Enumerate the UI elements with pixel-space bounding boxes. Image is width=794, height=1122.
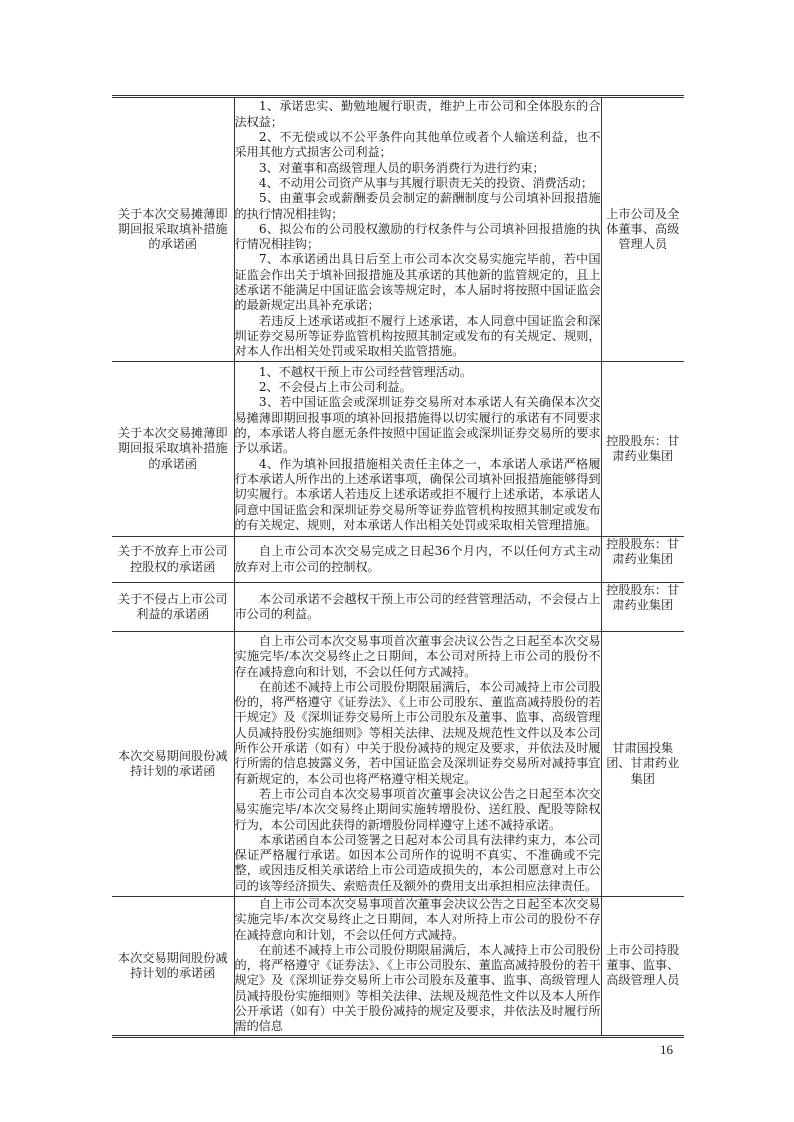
paragraph: 2、不无偿或以不公平条件向其他单位或者个人输送利益，也不采用其他方式损害公司利益… [235, 130, 601, 161]
commitment-party: 甘肃国投集团、甘肃药业集团 [601, 632, 684, 897]
paragraph: 3、若中国证监会或深圳证券交易所对本承诺人有关确保本次交易摊薄即期回报事项的填补… [235, 395, 601, 456]
table-row: 关于本次交易摊薄即期回报采取填补措施的承诺函 1、承诺忠实、勤勉地履行职责，维护… [112, 97, 684, 362]
paragraph: 若上市公司自本次交易事项首次董事会决议公告之日起至本次交易实施完毕/本次交易终止… [235, 787, 601, 833]
paragraph: 自上市公司本次交易事项首次董事会决议公告之日起至本次交易实施完毕/本次交易终止之… [235, 634, 601, 680]
paragraph: 4、作为填补回报措施相关责任主体之一，本承诺人承诺严格履行本承诺人所作出的上述承… [235, 457, 601, 533]
paragraph: 本公司承诺不会越权干预上市公司的经营管理活动，不会侵占上市公司的利益。 [235, 592, 601, 623]
commitment-party: 控股股东：甘肃药业集团 [601, 362, 684, 537]
commitment-party: 上市公司持股董事、监事、高级管理人员 [601, 897, 684, 1037]
commitment-table: 关于本次交易摊薄即期回报采取填补措施的承诺函 1、承诺忠实、勤勉地履行职责，维护… [112, 95, 684, 1038]
commitment-name: 本次交易期间股份减持计划的承诺函 [112, 897, 234, 1037]
paragraph: 本承诺函自本公司签署之日起对本公司具有法律约束力，本公司保证严格履行承诺。如因本… [235, 833, 601, 894]
paragraph: 7、本承诺函出具日后至上市公司本次交易实施完毕前，若中国证监会作出关于填补回报措… [235, 252, 601, 313]
commitment-name: 关于不放弃上市公司控股权的承诺函 [112, 537, 234, 583]
paragraph: 3、对董事和高级管理人员的职务消费行为进行约束； [235, 161, 601, 176]
commitment-content: 1、不越权干预上市公司经营管理活动。 2、不会侵占上市公司利益。 3、若中国证监… [234, 362, 601, 537]
commitment-party: 控股股东：甘肃药业集团 [601, 537, 684, 583]
commitment-content: 自上市公司本次交易完成之日起36个月内，不以任何方式主动放弃对上市公司的控制权。 [234, 537, 601, 583]
commitment-name: 本次交易期间股份减持计划的承诺函 [112, 632, 234, 897]
paragraph: 2、不会侵占上市公司利益。 [235, 380, 601, 395]
table-row: 关于本次交易摊薄即期回报采取填补措施的承诺函 1、不越权干预上市公司经营管理活动… [112, 362, 684, 537]
commitment-party: 控股股东：甘肃药业集团 [601, 583, 684, 632]
table-row: 关于不侵占上市公司利益的承诺函 本公司承诺不会越权干预上市公司的经营管理活动，不… [112, 583, 684, 632]
paragraph: 自上市公司本次交易完成之日起36个月内，不以任何方式主动放弃对上市公司的控制权。 [235, 544, 601, 575]
page-number: 16 [660, 1042, 673, 1058]
commitment-party: 上市公司及全体董事、高级管理人员 [601, 97, 684, 362]
paragraph: 自上市公司本次交易事项首次董事会决议公告之日起至本次交易实施完毕/本次交易终止之… [235, 897, 601, 943]
commitment-content: 本公司承诺不会越权干预上市公司的经营管理活动，不会侵占上市公司的利益。 [234, 583, 601, 632]
commitment-name: 关于不侵占上市公司利益的承诺函 [112, 583, 234, 632]
commitment-name: 关于本次交易摊薄即期回报采取填补措施的承诺函 [112, 362, 234, 537]
paragraph: 若违反上述承诺或拒不履行上述承诺，本人同意中国证监会和深圳证券交易所等证券监管机… [235, 314, 601, 360]
commitment-content: 1、承诺忠实、勤勉地履行职责，维护上市公司和全体股东的合法权益； 2、不无偿或以… [234, 97, 601, 362]
paragraph: 4、不动用公司资产从事与其履行职责无关的投资、消费活动； [235, 176, 601, 191]
paragraph: 在前述不减持上市公司股份期限届满后，本人减持上市公司股份的，将严格遵守《证券法》… [235, 943, 601, 1035]
paragraph: 1、不越权干预上市公司经营管理活动。 [235, 365, 601, 380]
paragraph: 6、拟公布的公司股权激励的行权条件与公司填补回报措施的执行情况相挂钩； [235, 222, 601, 253]
commitment-name: 关于本次交易摊薄即期回报采取填补措施的承诺函 [112, 97, 234, 362]
table-row: 本次交易期间股份减持计划的承诺函 自上市公司本次交易事项首次董事会决议公告之日起… [112, 632, 684, 897]
commitment-content: 自上市公司本次交易事项首次董事会决议公告之日起至本次交易实施完毕/本次交易终止之… [234, 897, 601, 1037]
paragraph: 1、承诺忠实、勤勉地履行职责，维护上市公司和全体股东的合法权益； [235, 99, 601, 130]
document-page: 关于本次交易摊薄即期回报采取填补措施的承诺函 1、承诺忠实、勤勉地履行职责，维护… [0, 0, 794, 1122]
table-row: 本次交易期间股份减持计划的承诺函 自上市公司本次交易事项首次董事会决议公告之日起… [112, 897, 684, 1037]
table-row: 关于不放弃上市公司控股权的承诺函 自上市公司本次交易完成之日起36个月内，不以任… [112, 537, 684, 583]
paragraph: 5、由董事会或薪酬委员会制定的薪酬制度与公司填补回报措施的执行情况相挂钩； [235, 191, 601, 222]
paragraph: 在前述不减持上市公司股份期限届满后，本公司减持上市公司股份的，将严格遵守《证券法… [235, 680, 601, 787]
commitment-content: 自上市公司本次交易事项首次董事会决议公告之日起至本次交易实施完毕/本次交易终止之… [234, 632, 601, 897]
